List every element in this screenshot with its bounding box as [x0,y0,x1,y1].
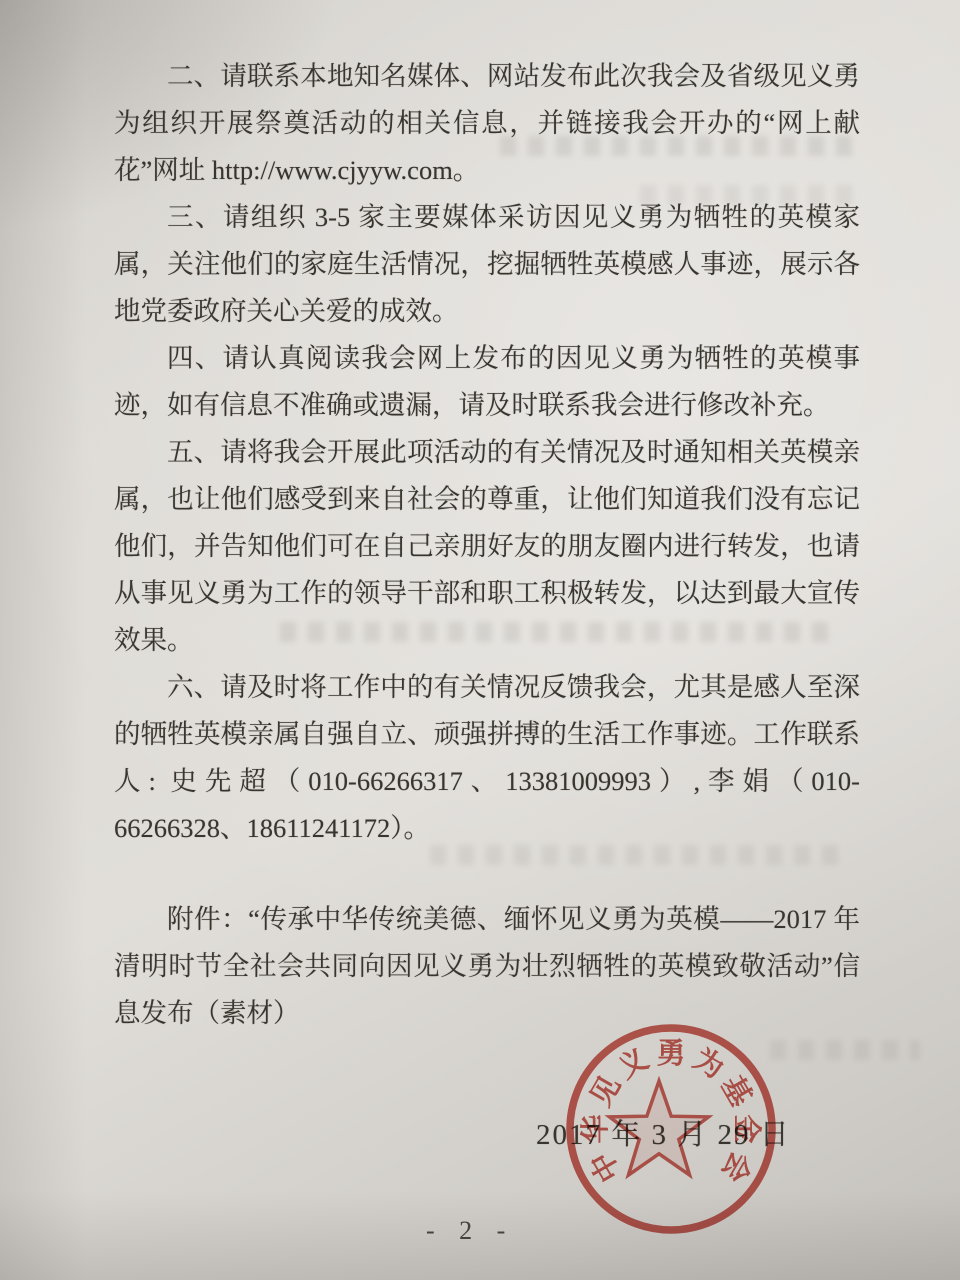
seal-char: 金 [730,1114,764,1143]
seal-char: 见 [584,1070,627,1112]
paragraph-2: 二、请联系本地知名媒体、网站发布此次我会及省级见义勇为组织开展祭奠活动的相关信息… [114,53,860,194]
seal-char: 义 [612,1042,654,1085]
paragraph-5: 五、请将我会开展此项活动的有关情况及时通知相关英模亲属，也让他们感受到来自社会的… [114,429,860,664]
seal-char: 勇 [656,1037,685,1070]
seal-char: 会 [715,1146,758,1188]
seal-char: 华 [579,1114,612,1143]
page-number: - 2 - [426,1216,514,1246]
seal-star-icon [610,1081,709,1175]
seal-char: 为 [688,1042,730,1085]
document-text: 二、请联系本地知名媒体、网站发布此次我会及省级见义勇为组织开展祭奠活动的相关信息… [114,53,860,1037]
attachment-note: 附件：“传承中华传统美德、缅怀见义勇为英模——2017 年清明时节全社会共同向因… [114,896,860,1037]
paragraph-6: 六、请及时将工作中的有关情况反馈我会，尤其是感人至深的牺牲英模亲属自强自立、顽强… [114,664,860,852]
seal-char: 中 [584,1146,627,1188]
document-page: 二、请联系本地知名媒体、网站发布此次我会及省级见义勇为组织开展祭奠活动的相关信息… [0,0,960,1280]
paragraph-3: 三、请组织 3-5 家主要媒体采访因见义勇为牺牲的英模家属，关注他们的家庭生活情… [114,194,860,335]
bleedthrough-smudge [770,1040,920,1060]
organization-seal: 中 华 见 义 勇 为 基 金 会 [561,1019,781,1239]
paragraph-4: 四、请认真阅读我会网上发布的因见义勇为牺牲的英模事迹，如有信息不准确或遗漏，请及… [114,335,860,429]
seal-char: 基 [715,1070,758,1112]
